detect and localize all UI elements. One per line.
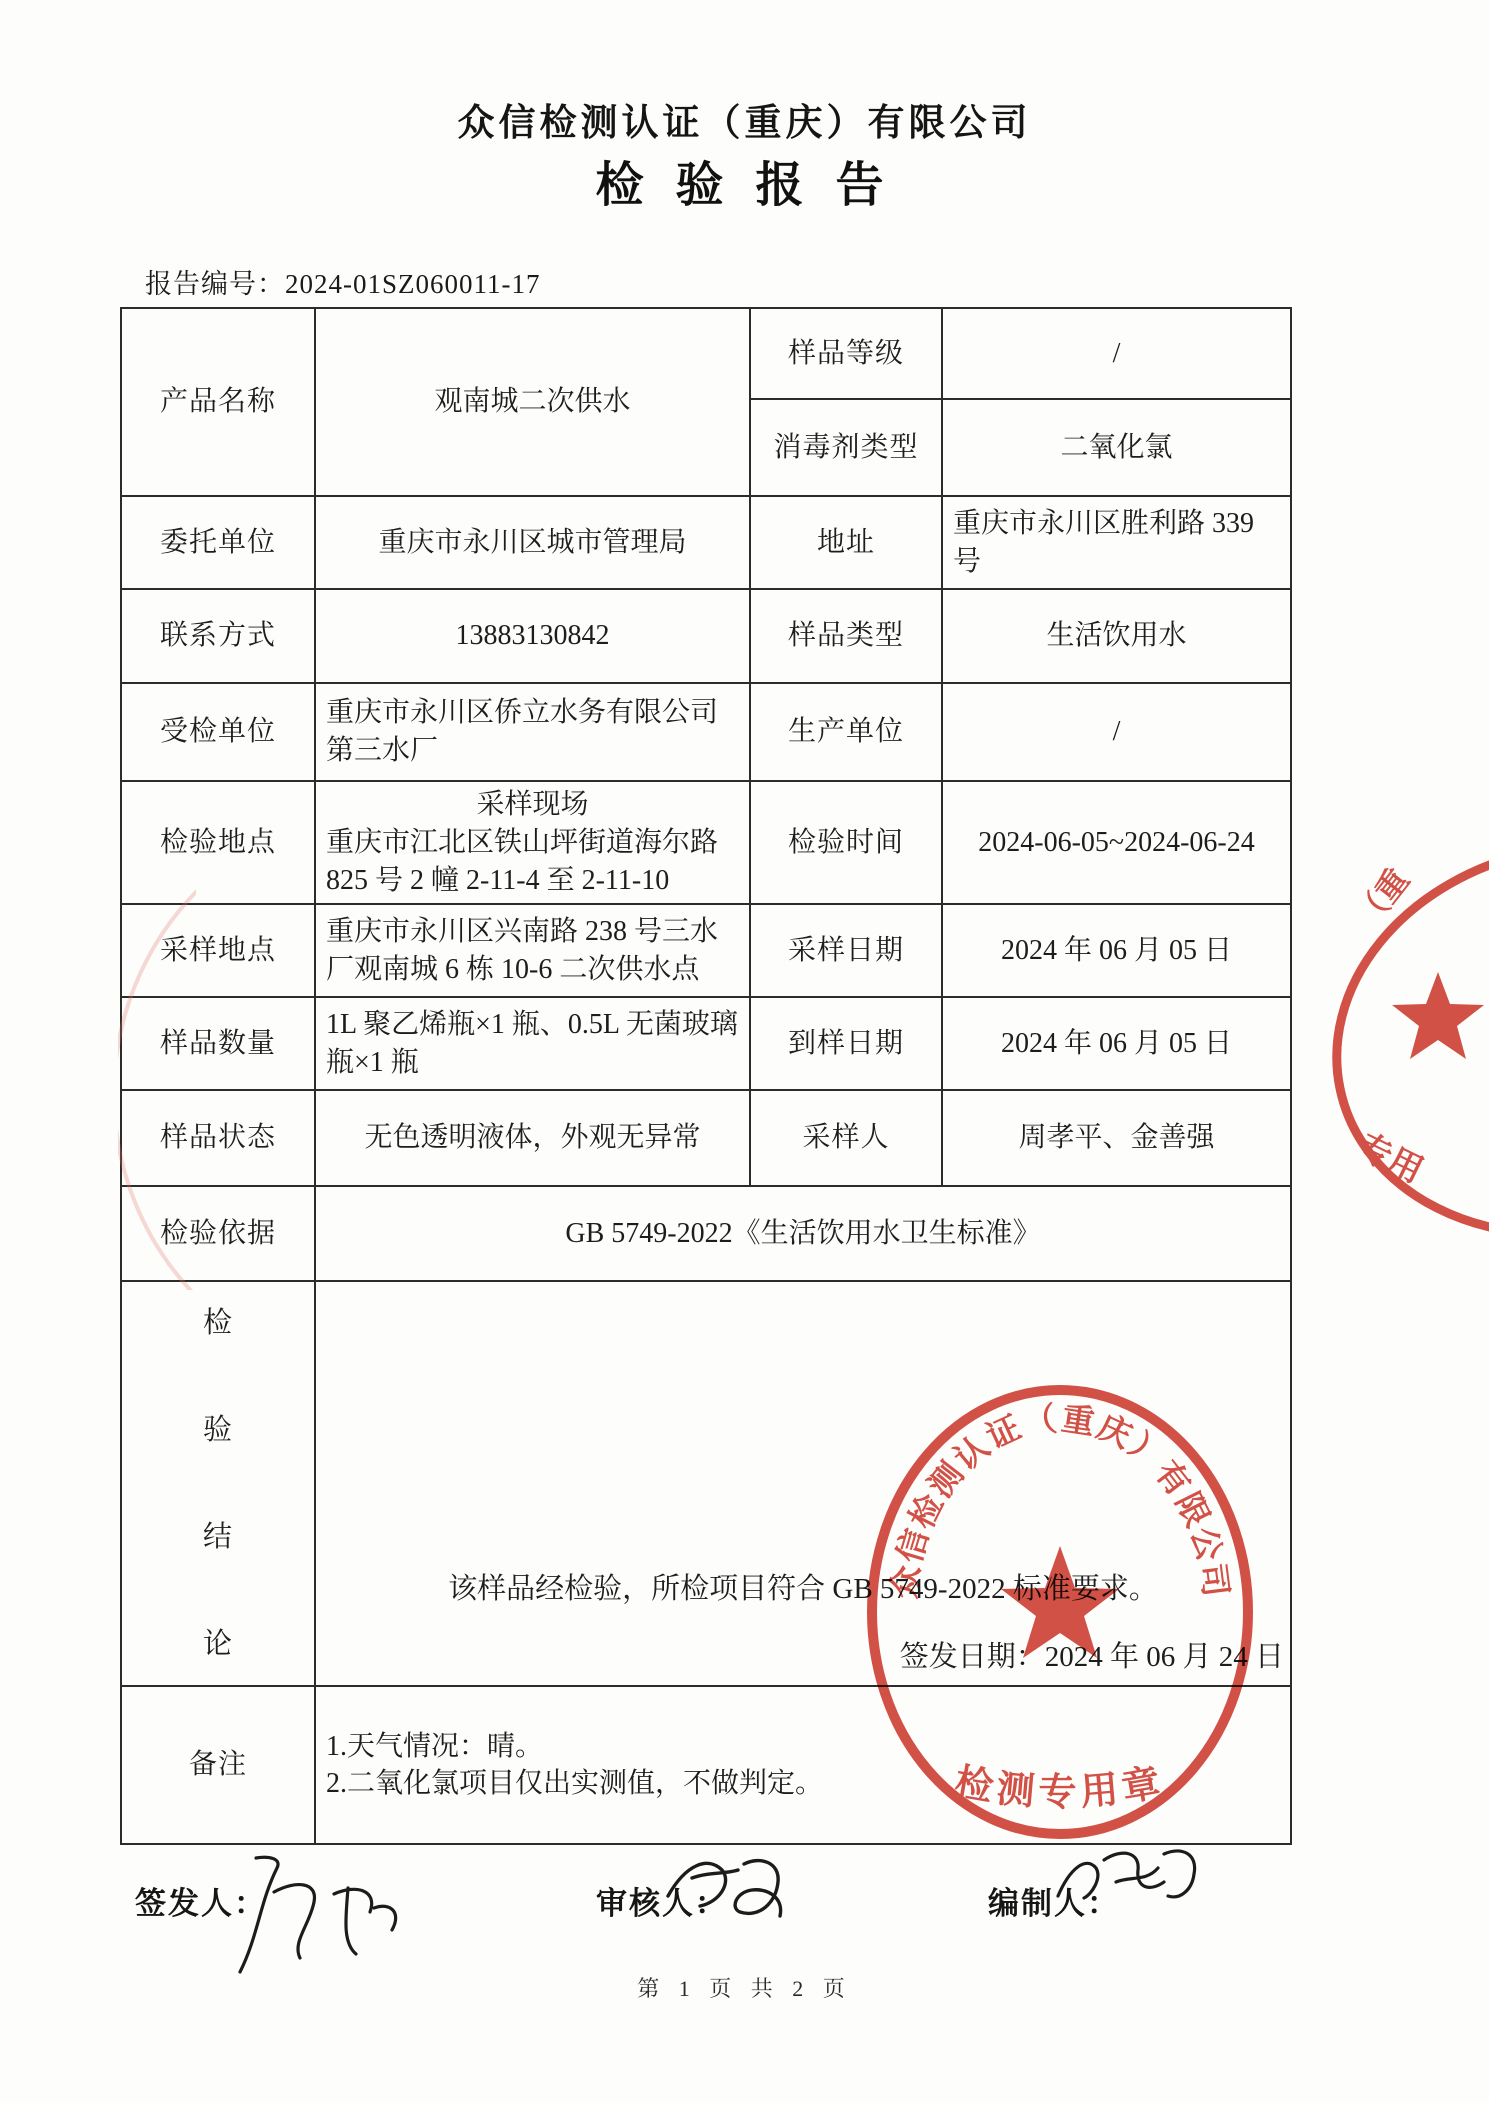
report-number-value: 2024-01SZ060011-17 — [285, 269, 541, 299]
table-row: 检 验 结 论 该样品经检验，所检项目符合 GB 5749-2022 标准要求。… — [121, 1281, 1291, 1686]
sampling-date-label: 采样日期 — [750, 904, 942, 997]
sample-state-label: 样品状态 — [121, 1090, 315, 1186]
preparer-label: 编制人： — [988, 1878, 1120, 1923]
client-value: 重庆市永川区城市管理局 — [315, 496, 750, 589]
report-number-label: 报告编号： — [145, 269, 285, 299]
inspection-place-site: 采样现场 — [326, 786, 739, 824]
contact-value: 13883130842 — [315, 589, 750, 683]
issue-date: 签发日期：2024 年 06 月 24 日 — [900, 1638, 1284, 1677]
conclusion-char: 检 — [203, 1304, 233, 1343]
sampling-place-label: 采样地点 — [121, 904, 315, 997]
company-name: 众信检测认证（重庆）有限公司 — [0, 92, 1489, 146]
inspection-place-value: 采样现场 重庆市江北区铁山坪街道海尔路 825 号 2 幢 2-11-4 至 2… — [315, 781, 750, 904]
arrival-date-value: 2024 年 06 月 05 日 — [942, 997, 1291, 1090]
side-stamp-ring — [1318, 855, 1489, 1245]
conclusion-text: 该样品经检验，所检项目符合 GB 5749-2022 标准要求。 — [316, 1570, 1290, 1609]
remarks-line-2: 2.二氧化氯项目仅出实测值，不做判定。 — [326, 1765, 1280, 1803]
disinfectant-value: 二氧化氯 — [942, 399, 1291, 496]
basis-value: GB 5749-2022《生活饮用水卫生标准》 — [315, 1186, 1291, 1281]
sample-type-value: 生活饮用水 — [942, 589, 1291, 683]
sample-type-label: 样品类型 — [750, 589, 942, 683]
remarks-value: 1.天气情况：晴。 2.二氧化氯项目仅出实测值，不做判定。 — [315, 1686, 1291, 1844]
producer-label: 生产单位 — [750, 683, 942, 781]
remarks-label: 备注 — [121, 1686, 315, 1844]
inspected-unit-label: 受检单位 — [121, 683, 315, 781]
product-name-value: 观南城二次供水 — [315, 308, 750, 496]
conclusion-char: 论 — [203, 1625, 233, 1664]
inspected-unit-value: 重庆市永川区侨立水务有限公司第三水厂 — [315, 683, 750, 781]
conclusion-char: 结 — [203, 1518, 233, 1557]
sampling-place-value: 重庆市永川区兴南路 238 号三水厂观南城 6 栋 10-6 二次供水点 — [315, 904, 750, 997]
address-value: 重庆市永川区胜利路 339 号 — [942, 496, 1291, 589]
table-row: 检验地点 采样现场 重庆市江北区铁山坪街道海尔路 825 号 2 幢 2-11-… — [121, 781, 1291, 904]
table-row: 联系方式 13883130842 样品类型 生活饮用水 — [121, 589, 1291, 683]
reviewer-label: 审核人： — [596, 1878, 728, 1923]
report-number: 报告编号：2024-01SZ060011-17 — [145, 262, 541, 301]
inspection-time-label: 检验时间 — [750, 781, 942, 904]
page-number: 第 1 页 共 2 页 — [0, 1972, 1489, 2003]
contact-label: 联系方式 — [121, 589, 315, 683]
sample-state-value: 无色透明液体，外观无异常 — [315, 1090, 750, 1186]
issuer-label: 签发人： — [135, 1878, 267, 1923]
side-stamp-fragment-bottom: 专用 — [1351, 1127, 1429, 1191]
disinfectant-label: 消毒剂类型 — [750, 399, 942, 496]
conclusion-char: 验 — [203, 1411, 233, 1450]
arrival-date-label: 到样日期 — [750, 997, 942, 1090]
report-title: 检 验 报 告 — [0, 146, 1489, 215]
inspection-place-label: 检验地点 — [121, 781, 315, 904]
table-row: 委托单位 重庆市永川区城市管理局 地址 重庆市永川区胜利路 339 号 — [121, 496, 1291, 589]
side-stamp-partial: （重 专用 — [1318, 855, 1489, 1245]
producer-value: / — [942, 683, 1291, 781]
sampler-value: 周孝平、金善强 — [942, 1090, 1291, 1186]
table-row: 采样地点 重庆市永川区兴南路 238 号三水厂观南城 6 栋 10-6 二次供水… — [121, 904, 1291, 997]
sample-grade-label: 样品等级 — [750, 308, 942, 399]
client-label: 委托单位 — [121, 496, 315, 589]
remarks-line-1: 1.天气情况：晴。 — [326, 1728, 1280, 1766]
inspection-time-value: 2024-06-05~2024-06-24 — [942, 781, 1291, 904]
table-row: 样品数量 1L 聚乙烯瓶×1 瓶、0.5L 无菌玻璃瓶×1 瓶 到样日期 202… — [121, 997, 1291, 1090]
conclusion-cell: 该样品经检验，所检项目符合 GB 5749-2022 标准要求。 签发日期：20… — [315, 1281, 1291, 1686]
table-row: 检验依据 GB 5749-2022《生活饮用水卫生标准》 — [121, 1186, 1291, 1281]
table-row: 备注 1.天气情况：晴。 2.二氧化氯项目仅出实测值，不做判定。 — [121, 1686, 1291, 1844]
inspection-place-detail: 重庆市江北区铁山坪街道海尔路 825 号 2 幢 2-11-4 至 2-11-1… — [326, 827, 718, 896]
inspection-report-page: 众信检测认证（重庆）有限公司 检 验 报 告 报告编号：2024-01SZ060… — [0, 0, 1489, 2103]
side-stamp-fragment-top: （重 — [1348, 862, 1416, 935]
sample-quantity-value: 1L 聚乙烯瓶×1 瓶、0.5L 无菌玻璃瓶×1 瓶 — [315, 997, 750, 1090]
sample-grade-value: / — [942, 308, 1291, 399]
report-table: 产品名称 观南城二次供水 样品等级 / 消毒剂类型 二氧化氯 委托单位 重庆市永… — [120, 307, 1292, 1845]
address-label: 地址 — [750, 496, 942, 589]
basis-label: 检验依据 — [121, 1186, 315, 1281]
table-row: 样品状态 无色透明液体，外观无异常 采样人 周孝平、金善强 — [121, 1090, 1291, 1186]
table-row: 受检单位 重庆市永川区侨立水务有限公司第三水厂 生产单位 / — [121, 683, 1291, 781]
sampling-date-value: 2024 年 06 月 05 日 — [942, 904, 1291, 997]
side-stamp-star-icon — [1392, 972, 1484, 1059]
sample-quantity-label: 样品数量 — [121, 997, 315, 1090]
sampler-label: 采样人 — [750, 1090, 942, 1186]
table-row: 产品名称 观南城二次供水 样品等级 / — [121, 308, 1291, 399]
product-name-label: 产品名称 — [121, 308, 315, 496]
conclusion-label: 检 验 结 论 — [121, 1281, 315, 1686]
